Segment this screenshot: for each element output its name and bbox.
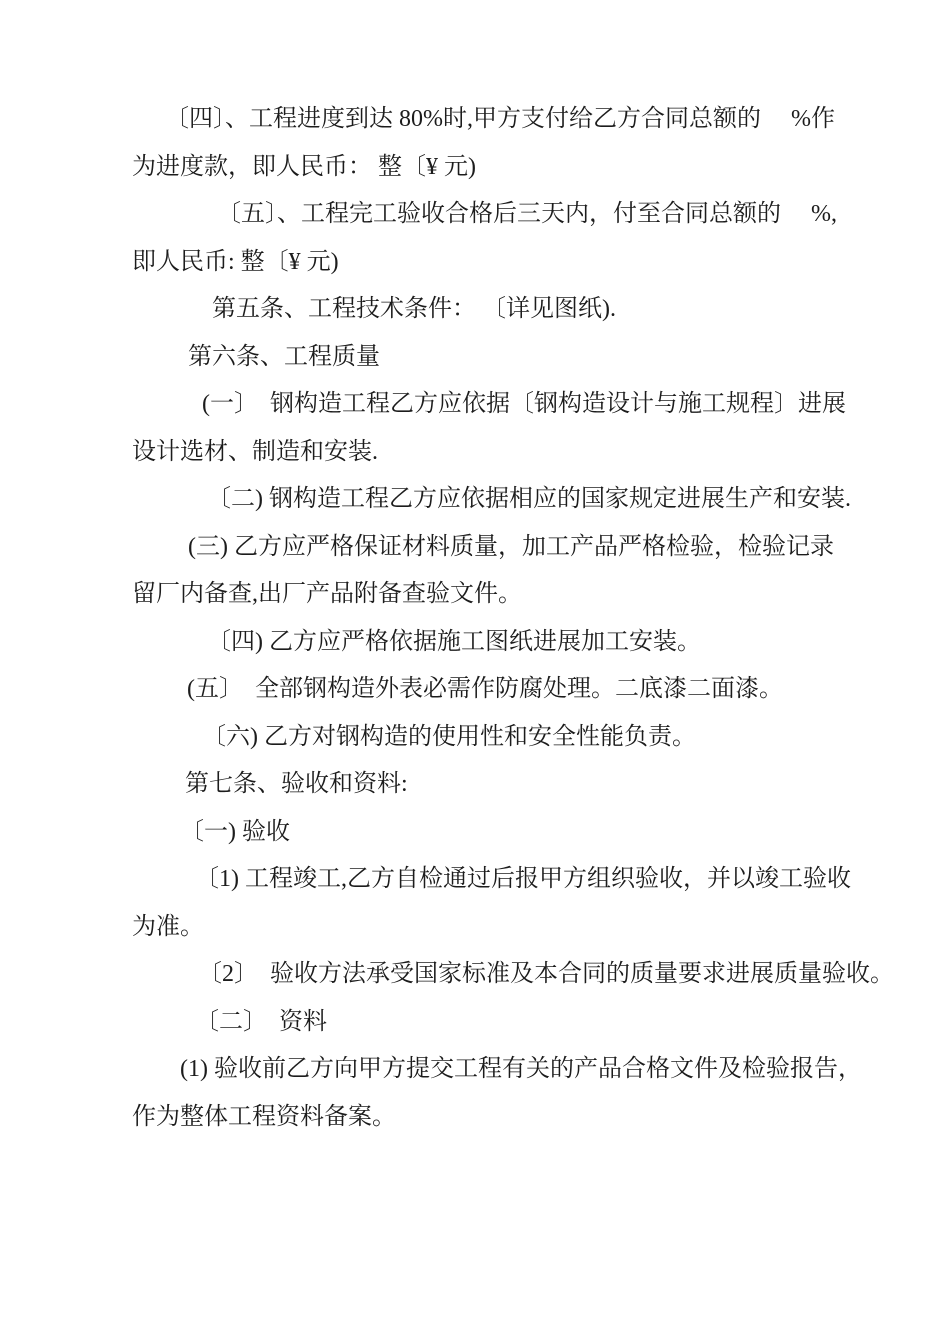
doc-line-materials-item1: (1) 验收前乙方向甲方提交工程有关的产品合格文件及检验报告， bbox=[132, 1046, 932, 1094]
doc-line-clause4-payment: 〔四〕、工程进度到达 80%时,甲方支付给乙方合同总额的 %作 bbox=[132, 96, 932, 144]
doc-line-acceptance-item1: 〔1) 工程竣工,乙方自检通过后报甲方组织验收，并以竣工验收 bbox=[132, 856, 932, 904]
doc-line-article6-quality: 第六条、工程质量 bbox=[132, 334, 932, 382]
doc-line-quality-item1: (一〕 钢构造工程乙方应依据〔钢构造设计与施工规程〕进展 bbox=[132, 381, 932, 429]
doc-line-quality-item2: 〔二) 钢构造工程乙方应依据相应的国家规定进展生产和安装. bbox=[132, 476, 932, 524]
doc-line-quality-item6: 〔六) 乙方对钢构造的使用性和安全性能负责。 bbox=[132, 714, 932, 762]
doc-line-acceptance-item2: 〔2〕 验收方法承受国家标准及本合同的质量要求进展质量验收。 bbox=[132, 951, 932, 999]
doc-line-quality-item3: (三) 乙方应严格保证材料质量，加工产品严格检验，检验记录 bbox=[132, 524, 932, 572]
doc-line-quality-item3-cont: 留厂内备查,出厂产品附备查验文件。 bbox=[132, 571, 932, 619]
doc-line-materials-item1-cont: 作为整体工程资料备案。 bbox=[132, 1094, 932, 1142]
doc-line-quality-item4: 〔四) 乙方应严格依据施工图纸进展加工安装。 bbox=[132, 619, 932, 667]
doc-line-acceptance-header: 〔一) 验收 bbox=[132, 809, 932, 857]
document-body: 〔四〕、工程进度到达 80%时,甲方支付给乙方合同总额的 %作 为进度款，即人民… bbox=[132, 96, 932, 1141]
doc-line-article7-acceptance: 第七条、验收和资料: bbox=[132, 761, 932, 809]
doc-line-clause4-payment-cont: 为进度款，即人民币： 整〔¥ 元) bbox=[132, 144, 932, 192]
doc-line-article5-technical: 第五条、工程技术条件： 〔详见图纸). bbox=[132, 286, 932, 334]
doc-line-clause5-payment: 〔五〕、工程完工验收合格后三天内，付至合同总额的 %, bbox=[132, 191, 932, 239]
doc-line-clause5-payment-cont: 即人民币: 整〔¥ 元) bbox=[132, 239, 932, 287]
doc-line-quality-item5: (五〕 全部钢构造外表必需作防腐处理。二底漆二面漆。 bbox=[132, 666, 932, 714]
doc-line-materials-header: 〔二〕 资料 bbox=[132, 999, 932, 1047]
doc-line-quality-item1-cont: 设计选材、制造和安装. bbox=[132, 429, 932, 477]
doc-line-acceptance-item1-cont: 为准。 bbox=[132, 904, 932, 952]
document-page: 〔四〕、工程进度到达 80%时,甲方支付给乙方合同总额的 %作 为进度款，即人民… bbox=[0, 0, 950, 1344]
